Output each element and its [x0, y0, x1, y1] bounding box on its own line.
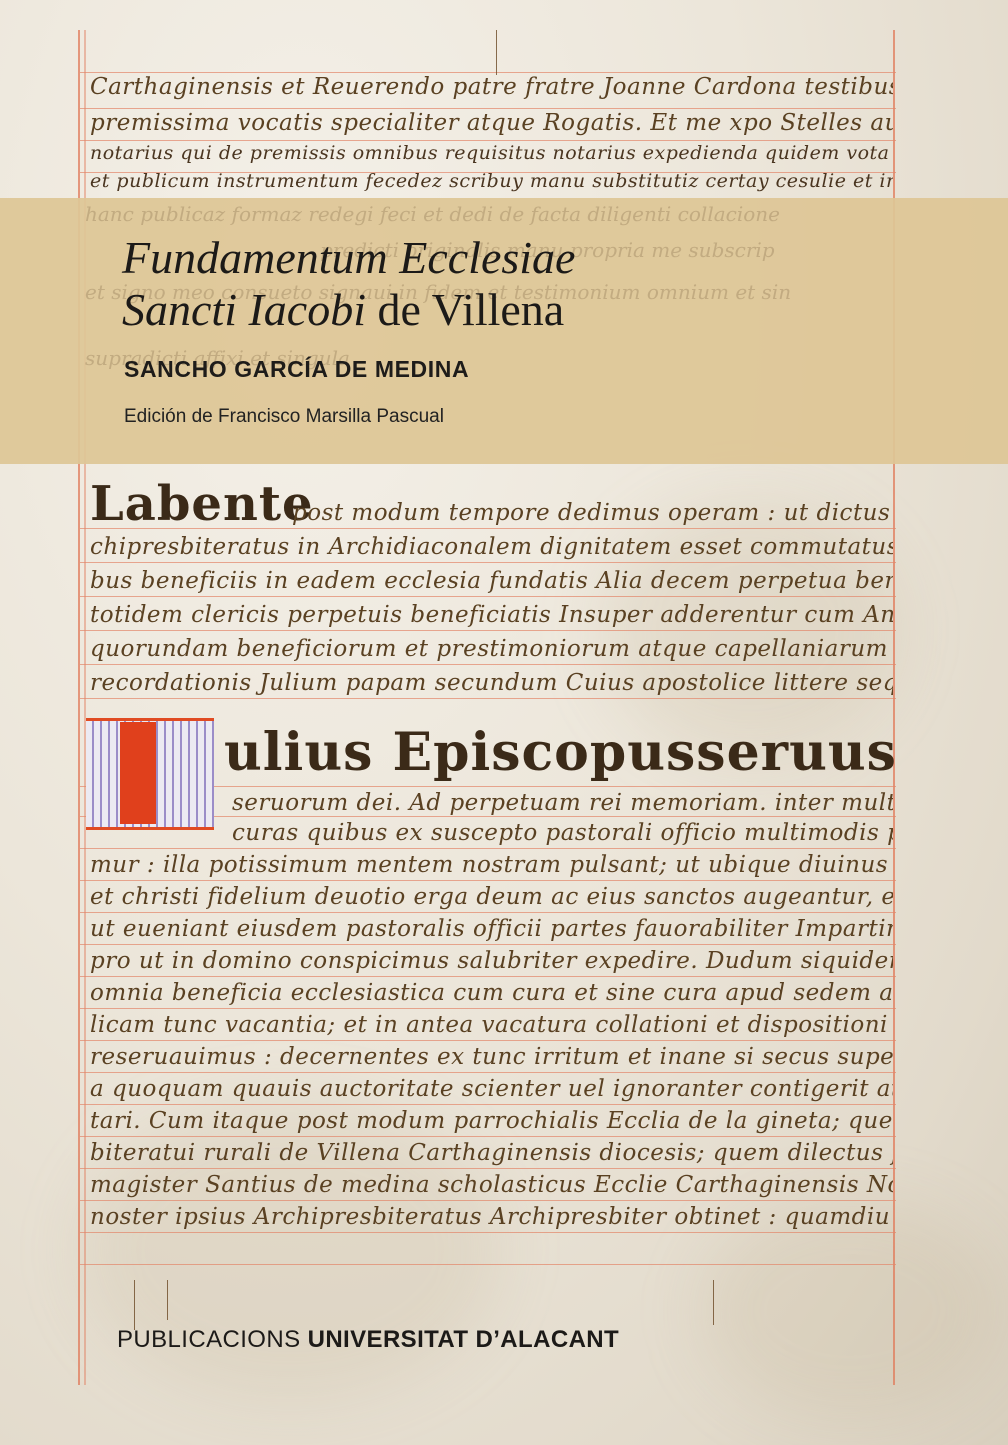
- manuscript-line: curas quibus ex suscepto pastorali offic…: [232, 820, 893, 846]
- manuscript-line: post modum tempore dedimus operam : ut d…: [292, 500, 893, 526]
- ruled-line: [80, 1232, 896, 1233]
- parchment-stain: [700, 1200, 1000, 1420]
- manuscript-line: quorundam beneficiorum et prestimoniorum…: [90, 636, 893, 662]
- ruled-line: [80, 944, 896, 945]
- manuscript-line: Carthaginensis et Reuerendo patre fratre…: [90, 74, 893, 100]
- ruled-line: [80, 848, 896, 849]
- ink-stroke: [496, 30, 497, 75]
- editor-credit: Edición de Francisco Marsilla Pascual: [124, 406, 444, 428]
- manuscript-line: chipresbiteratus in Archidiaconalem dign…: [90, 534, 893, 560]
- initial-letter-i: [120, 722, 156, 824]
- manuscript-initial-word: ulius Episcopusseruus: [224, 722, 897, 783]
- book-title: Fundamentum Ecclesiae Sancti Iacobi de V…: [122, 232, 575, 336]
- ruled-line: [80, 880, 896, 881]
- ruled-line: [80, 140, 896, 141]
- ruled-line: [80, 72, 896, 73]
- title-line-1: Fundamentum Ecclesiae: [122, 232, 575, 284]
- author-name: SANCHO GARCÍA DE MEDINA: [124, 356, 469, 383]
- ruled-line: [80, 1040, 896, 1041]
- manuscript-line: mur : illa potissimum mentem nostram pul…: [90, 852, 893, 878]
- manuscript-line: tari. Cum itaque post modum parrochialis…: [90, 1108, 893, 1134]
- ruled-line: [80, 1136, 896, 1137]
- title-line-2-roman: de Villena: [366, 284, 564, 335]
- ruled-line: [80, 596, 896, 597]
- ink-stroke: [713, 1280, 714, 1325]
- illuminated-initial: [86, 718, 214, 830]
- ruled-line: [80, 562, 896, 563]
- ink-stroke: [167, 1280, 168, 1320]
- manuscript-line: omnia beneficia ecclesiastica cum cura e…: [90, 980, 893, 1006]
- manuscript-line: licam tunc vacantia; et in antea vacatur…: [90, 1012, 893, 1038]
- ruled-line: [80, 1200, 896, 1201]
- manuscript-heading-word: Labente: [90, 476, 314, 532]
- manuscript-line: et publicum instrumentum fecedez scribuy…: [90, 170, 893, 192]
- ruled-line: [80, 912, 896, 913]
- manuscript-line: seruorum dei. Ad perpetuam rei memoriam.…: [232, 790, 893, 816]
- manuscript-line: recordationis Julium papam secundum Cuiu…: [90, 670, 893, 696]
- manuscript-line: magister Santius de medina scholasticus …: [90, 1172, 893, 1198]
- manuscript-line: pro ut in domino conspicimus salubriter …: [90, 948, 893, 974]
- title-line-1-text: Fundamentum Ecclesiae: [122, 232, 575, 283]
- ruled-line: [80, 664, 896, 665]
- ruled-line: [80, 1168, 896, 1169]
- book-cover: Carthaginensis et Reuerendo patre fratre…: [0, 0, 1008, 1445]
- publisher-imprint: PUBLICACIONS UNIVERSITAT D’ALACANT: [117, 1326, 619, 1354]
- manuscript-line: biteratui rurali de Villena Carthaginens…: [90, 1140, 893, 1166]
- manuscript-line: bus beneficiis in eadem ecclesia fundati…: [90, 568, 893, 594]
- ruled-line: [80, 1104, 896, 1105]
- ruled-line: [80, 976, 896, 977]
- ghost-manuscript-line: hanc publicaz formaz redegi feci et dedi…: [85, 202, 918, 226]
- manuscript-line: ut eueniant eiusdem pastoralis officii p…: [90, 916, 893, 942]
- ruled-line: [80, 1008, 896, 1009]
- publisher-light: PUBLICACIONS: [117, 1326, 308, 1353]
- ruled-line: [80, 1072, 896, 1073]
- manuscript-line: et christi fidelium deuotio erga deum ac…: [90, 884, 893, 910]
- title-line-2-italic: Sancti Iacobi: [122, 284, 366, 335]
- ruled-line: [80, 698, 896, 699]
- manuscript-line: reseruauimus : decernentes ex tunc irrit…: [90, 1044, 893, 1070]
- manuscript-line: noster ipsius Archipresbiteratus Archipr…: [90, 1204, 893, 1230]
- manuscript-line: premissima vocatis specialiter atque Rog…: [90, 110, 893, 136]
- ruled-line: [80, 108, 896, 109]
- publisher-bold: UNIVERSITAT D’ALACANT: [308, 1326, 620, 1353]
- manuscript-line: totidem clericis perpetuis beneficiatis …: [90, 602, 893, 628]
- title-line-2: Sancti Iacobi de Villena: [122, 284, 575, 336]
- ink-stroke: [134, 1280, 135, 1330]
- manuscript-line: a quoquam quauis auctoritate scienter ue…: [90, 1076, 893, 1102]
- ruled-line: [80, 630, 896, 631]
- ruled-line: [80, 1264, 896, 1265]
- manuscript-line: notarius qui de premissis omnibus requis…: [90, 142, 893, 164]
